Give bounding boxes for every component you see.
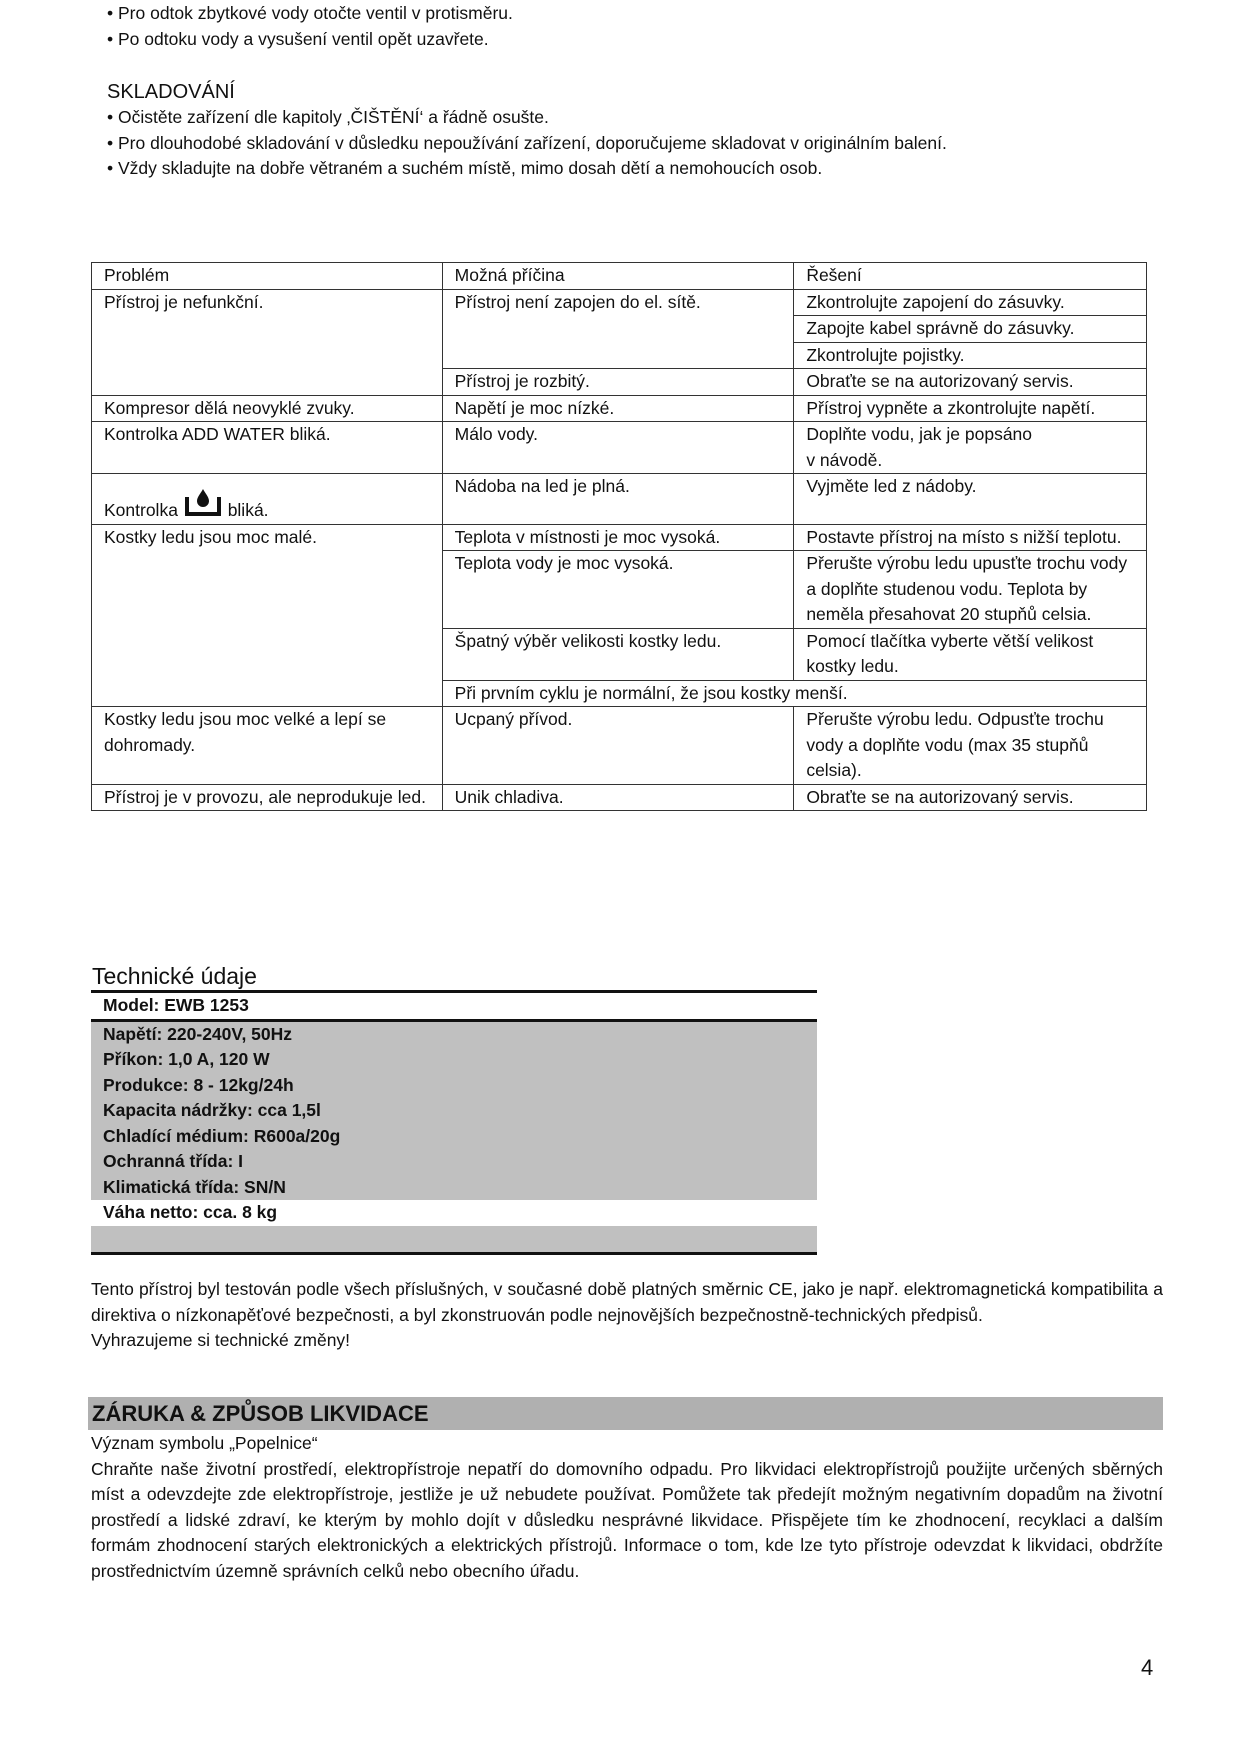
page-number: 4 xyxy=(1141,1655,1153,1681)
problem-cell: Kontrolka bliká. xyxy=(92,474,443,525)
table-row: Kontrolka bliká. Nádoba na led je plná. … xyxy=(92,474,1147,525)
problem-cell: Kompresor dělá neovyklé zvuky. xyxy=(92,395,443,422)
technical-changes-note: Vyhrazujeme si technické změny! xyxy=(91,1328,1163,1354)
solution-cell: Vyjměte led z nádoby. xyxy=(794,474,1147,525)
cause-cell: Ucpaný přívod. xyxy=(442,707,794,785)
storage-heading: SKLADOVÁNÍ xyxy=(107,79,235,105)
technical-specs-table: Model: EWB 1253 Napětí: 220-240V, 50Hz P… xyxy=(91,990,817,1255)
warranty-text: Chraňte naše životní prostředí, elektrop… xyxy=(91,1457,1163,1585)
water-tank-drop-icon xyxy=(185,488,221,518)
table-row: Kostky ledu jsou moc malé. Teplota v mís… xyxy=(92,524,1147,551)
cause-cell: Teplota vody je moc vysoká. xyxy=(442,551,794,629)
spec-row: Ochranná třída: I xyxy=(91,1149,817,1175)
note-cell: Při prvním cyklu je normální, že jsou ko… xyxy=(442,680,1146,707)
solution-cell: Obraťte se na autorizovaný servis. xyxy=(794,784,1147,811)
solution-cell: Doplňte vodu, jak je popsáno v návodě. xyxy=(794,422,1147,474)
solution-cell: Postavte přístroj na místo s nižší teplo… xyxy=(794,524,1147,551)
spec-row: Napětí: 220-240V, 50Hz xyxy=(91,1022,817,1048)
table-row: Kontrolka ADD WATER bliká. Málo vody. Do… xyxy=(92,422,1147,474)
table-row: Přístroj je nefunkční. Přístroj není zap… xyxy=(92,289,1147,316)
cause-cell: Napětí je moc nízké. xyxy=(442,395,794,422)
solution-cell: Přístroj vypněte a zkontrolujte napětí. xyxy=(794,395,1147,422)
list-item: • Očistěte zařízení dle kapitoly ‚ČIŠTĚN… xyxy=(107,105,947,131)
solution-cell: Obraťte se na autorizovaný servis. xyxy=(794,369,1147,396)
spec-empty-row xyxy=(91,1226,817,1255)
solution-cell: Pomocí tlačítka vyberte větší velikost k… xyxy=(794,628,1147,680)
solution-cell: Zkontrolujte pojistky. xyxy=(794,342,1147,369)
spec-row: Produkce: 8 - 12kg/24h xyxy=(91,1073,817,1099)
cause-cell: Teplota v místnosti je moc vysoká. xyxy=(442,524,794,551)
solution-cell: Přerušte výrobu ledu upusťte trochu vody… xyxy=(794,551,1147,629)
problem-cell: Přístroj je v provozu, ale neprodukuje l… xyxy=(92,784,443,811)
table-row: Kompresor dělá neovyklé zvuky. Napětí je… xyxy=(92,395,1147,422)
spec-row: Příkon: 1,0 A, 120 W xyxy=(91,1047,817,1073)
solution-cell: Zapojte kabel správně do zásuvky. xyxy=(794,316,1147,343)
header-solution: Řešení xyxy=(794,263,1147,290)
top-bullet-list: • Pro odtok zbytkové vody otočte ventil … xyxy=(107,1,513,52)
table-row: Kostky ledu jsou moc velké a lepí se doh… xyxy=(92,707,1147,785)
cause-cell: Nádoba na led je plná. xyxy=(442,474,794,525)
cause-cell: Přístroj je rozbitý. xyxy=(442,369,794,396)
storage-bullet-list: • Očistěte zařízení dle kapitoly ‚ČIŠTĚN… xyxy=(107,105,947,182)
spec-weight: Váha netto: cca. 8 kg xyxy=(91,1200,817,1226)
problem-cell: Kostky ledu jsou moc velké a lepí se doh… xyxy=(92,707,443,785)
cause-cell: Málo vody. xyxy=(442,422,794,474)
spec-row: Chladící médium: R600a/20g xyxy=(91,1124,817,1150)
problem-cell: Kostky ledu jsou moc malé. xyxy=(92,524,443,707)
list-item: • Vždy skladujte na dobře větraném a suc… xyxy=(107,156,947,182)
technical-title: Technické údaje xyxy=(92,962,257,990)
header-cause: Možná příčina xyxy=(442,263,794,290)
list-item: • Pro dlouhodobé skladování v důsledku n… xyxy=(107,131,947,157)
warranty-subheading: Význam symbolu „Popelnice“ xyxy=(91,1431,1163,1457)
compliance-text: Tento přístroj byl testován podle všech … xyxy=(91,1277,1163,1354)
cause-cell: Přístroj není zapojen do el. sítě. xyxy=(442,289,794,369)
problem-cell: Přístroj je nefunkční. xyxy=(92,289,443,395)
solution-cell: Přerušte výrobu ledu. Odpusťte trochu vo… xyxy=(794,707,1147,785)
troubleshooting-table: Problém Možná příčina Řešení Přístroj je… xyxy=(91,262,1147,811)
cause-cell: Špatný výběr velikosti kostky ledu. xyxy=(442,628,794,680)
spec-model: Model: EWB 1253 xyxy=(91,993,817,1022)
spec-row: Klimatická třída: SN/N xyxy=(91,1175,817,1201)
cause-cell: Unik chladiva. xyxy=(442,784,794,811)
header-problem: Problém xyxy=(92,263,443,290)
problem-cell: Kontrolka ADD WATER bliká. xyxy=(92,422,443,474)
warranty-heading: ZÁRUKA & ZPŮSOB LIKVIDACE xyxy=(92,1400,429,1428)
list-item: • Pro odtok zbytkové vody otočte ventil … xyxy=(107,1,513,27)
table-row: Přístroj je v provozu, ale neprodukuje l… xyxy=(92,784,1147,811)
spec-row: Kapacita nádržky: cca 1,5l xyxy=(91,1098,817,1124)
table-header-row: Problém Možná příčina Řešení xyxy=(92,263,1147,290)
solution-cell: Zkontrolujte zapojení do zásuvky. xyxy=(794,289,1147,316)
list-item: • Po odtoku vody a vysušení ventil opět … xyxy=(107,27,513,53)
warranty-section: Význam symbolu „Popelnice“ Chraňte naše … xyxy=(91,1431,1163,1584)
